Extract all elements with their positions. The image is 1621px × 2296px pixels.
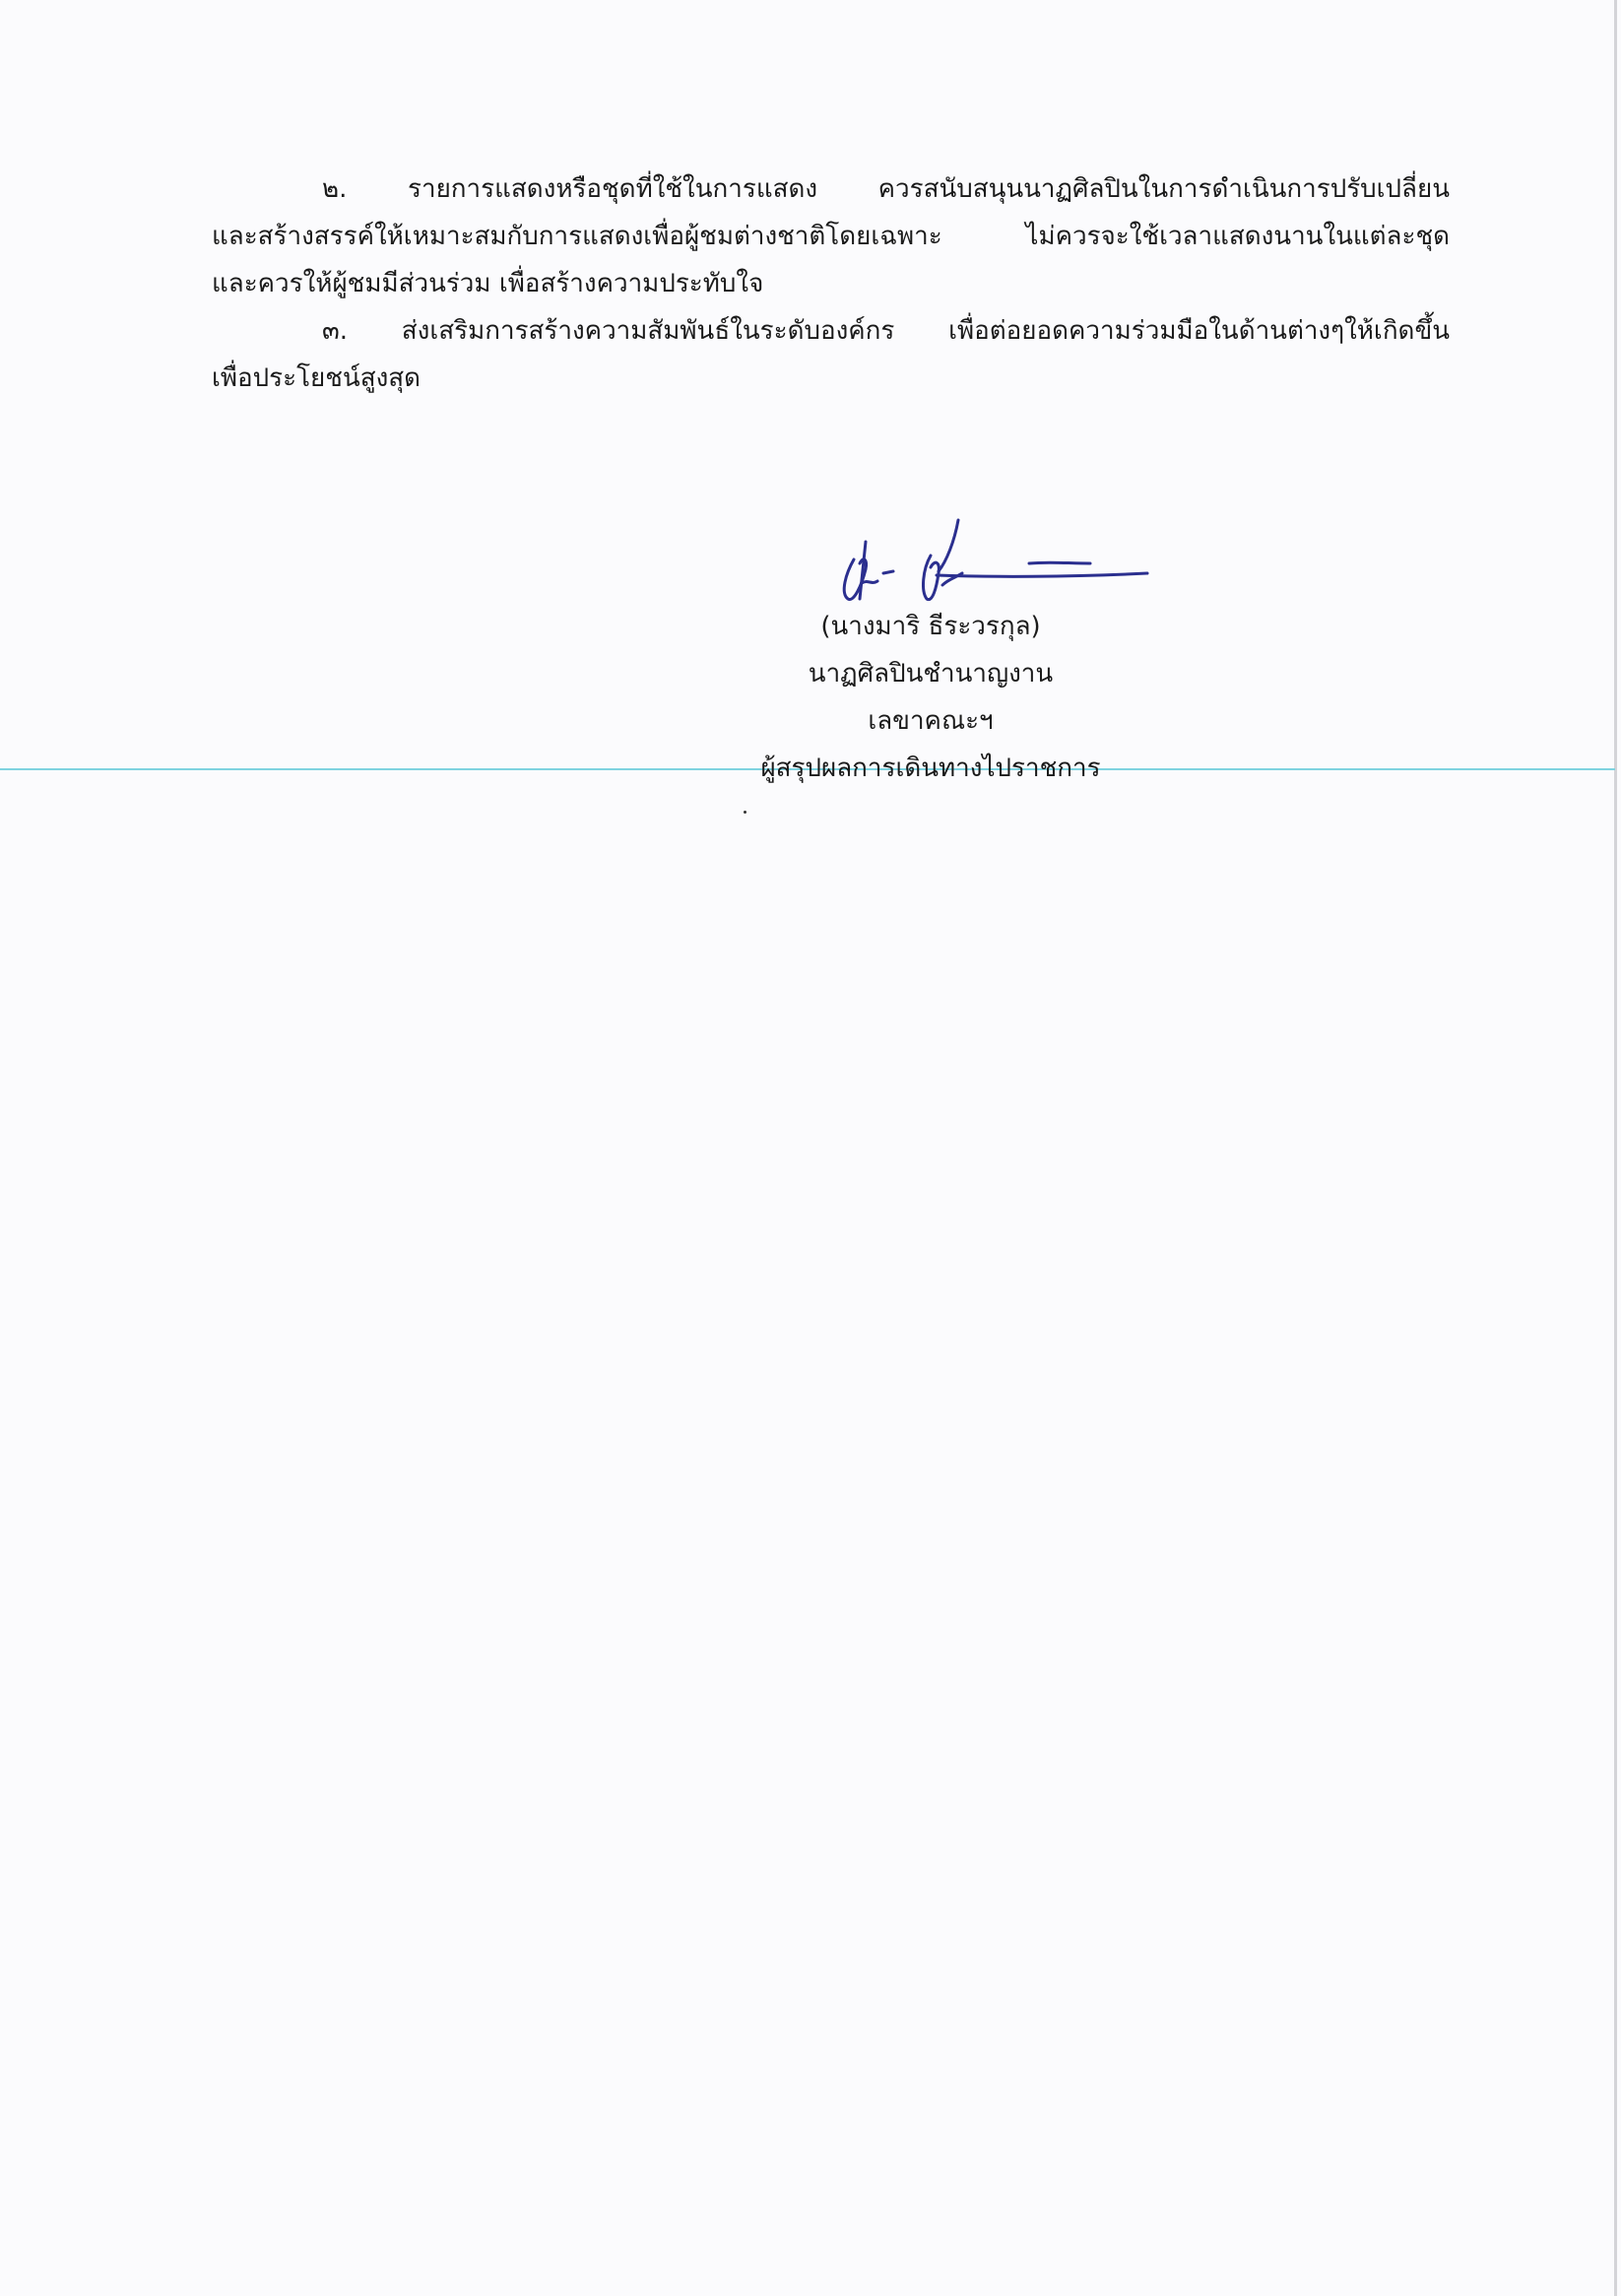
signatory-position: นาฏศิลปินชำนาญงาน xyxy=(729,650,1133,697)
paragraph-line: ๒. รายการแสดงหรือชุดที่ใช้ในการแสดง ควรส… xyxy=(212,165,1450,213)
signature-block: (นางมาริ ธีระวรกุล) นาฏศิลปินชำนาญงาน เล… xyxy=(729,603,1133,792)
signatory-duty: ผู้สรุปผลการเดินทางไปราชการ xyxy=(729,745,1133,792)
paragraph-3: ๓. ส่งเสริมการสร้างความสัมพันธ์ในระดับอง… xyxy=(212,307,1450,402)
handwritten-signature xyxy=(832,512,1157,611)
paragraph-line: และสร้างสรรค์ให้เหมาะสมกับการแสดงเพื่อผู… xyxy=(212,213,1450,260)
paragraph-line: เพื่อประโยชน์สูงสุด xyxy=(212,355,1450,402)
paragraph-line: ๓. ส่งเสริมการสร้างความสัมพันธ์ในระดับอง… xyxy=(212,307,1450,355)
scan-dot-artifact xyxy=(744,811,746,814)
paragraph-line: และควรให้ผู้ชมมีส่วนร่วม เพื่อสร้างความป… xyxy=(212,260,1450,307)
document-body: ๒. รายการแสดงหรือชุดที่ใช้ในการแสดง ควรส… xyxy=(212,165,1450,402)
scan-page-edge xyxy=(1614,0,1617,2296)
signatory-name: (นางมาริ ธีระวรกุล) xyxy=(729,603,1133,650)
paragraph-2: ๒. รายการแสดงหรือชุดที่ใช้ในการแสดง ควรส… xyxy=(212,165,1450,307)
signatory-role: เลขาคณะฯ xyxy=(729,697,1133,745)
